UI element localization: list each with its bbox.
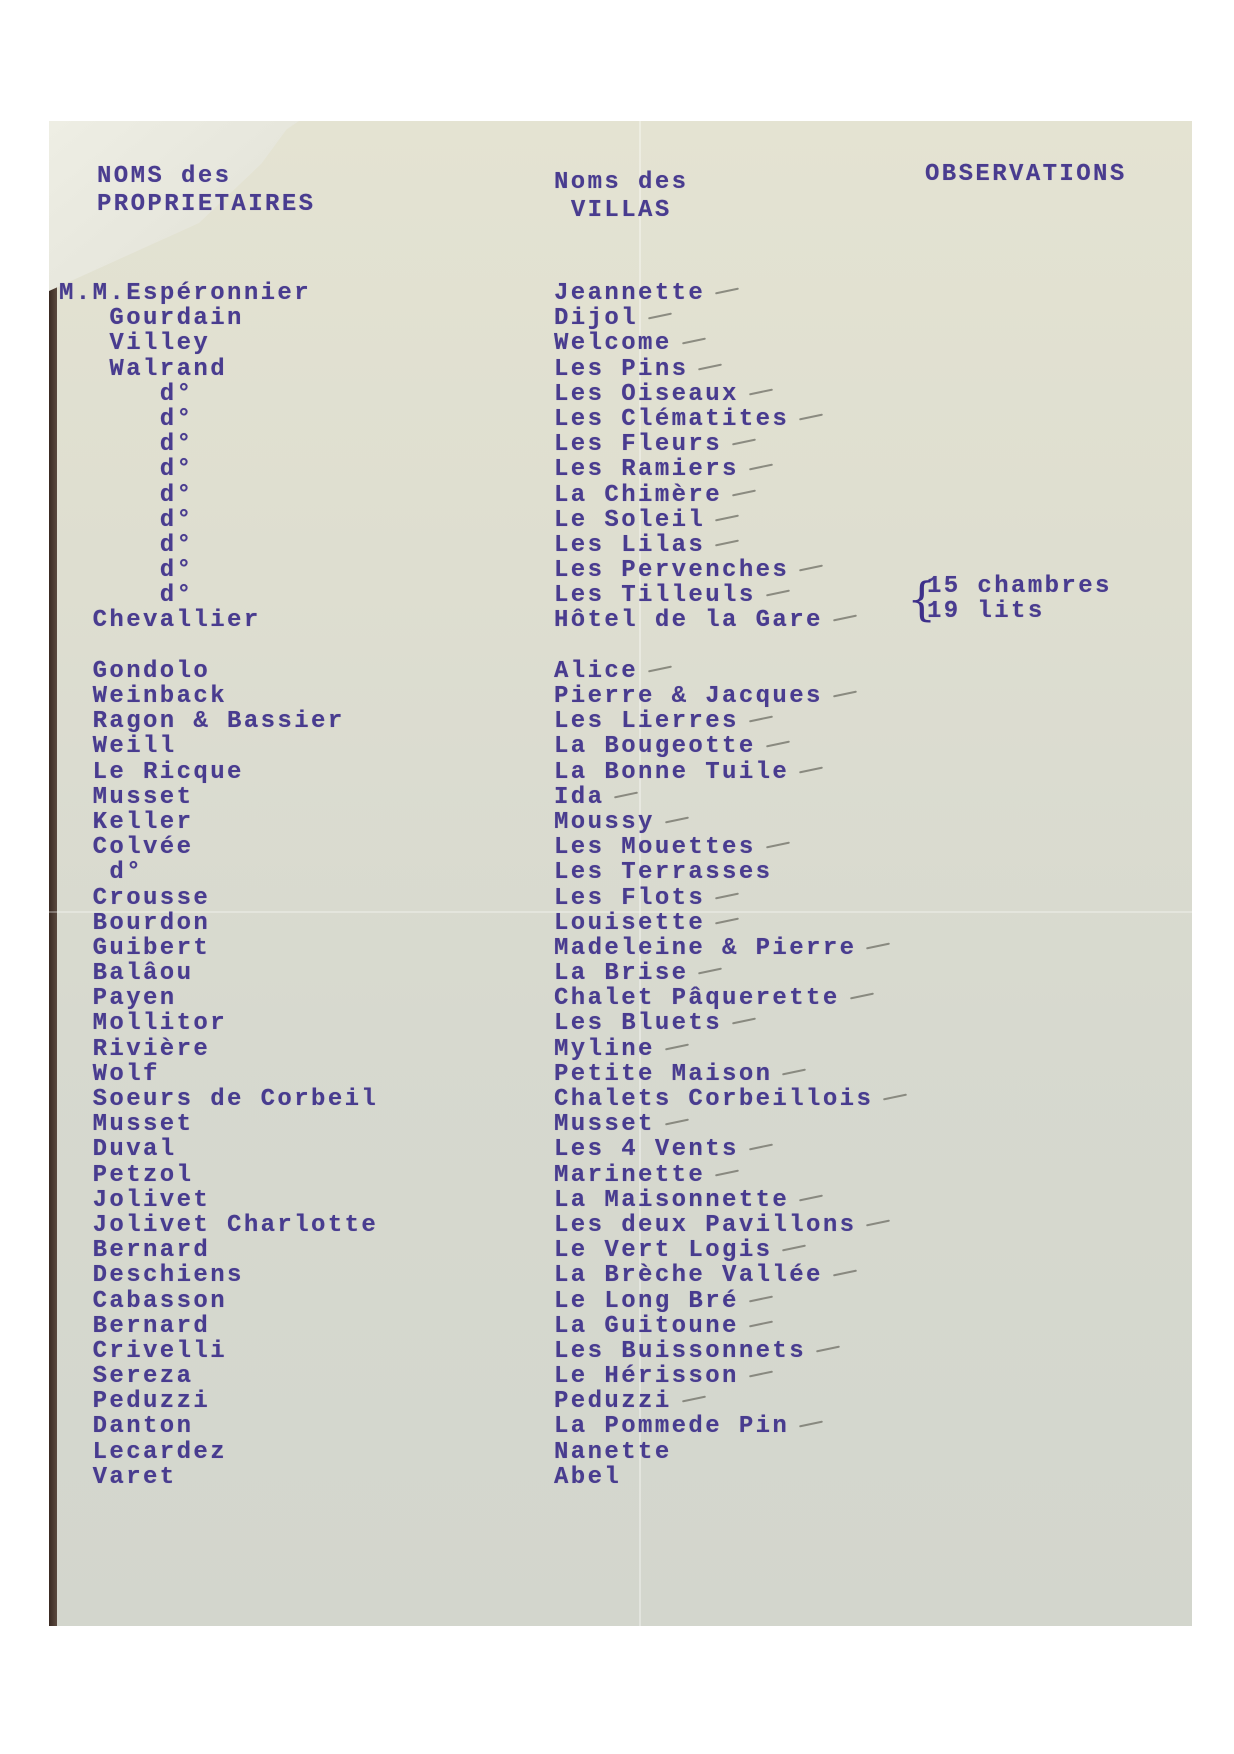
villa-name: Ida: [554, 785, 604, 810]
villa-row: Les Ramiers: [554, 457, 873, 482]
villa-row: Pierre & Jacques: [554, 684, 873, 709]
villa-row: Le Long Bré: [554, 1289, 873, 1314]
villa-name: Les Bluets: [554, 1011, 722, 1036]
owner-name: d°: [59, 483, 378, 508]
villa-name: La Pommede Pin: [554, 1414, 789, 1439]
owner-row: Colvée: [59, 835, 378, 860]
owner-name: d°: [59, 583, 378, 608]
owner-row: [59, 634, 378, 659]
owners-column-header: NOMS des PROPRIETAIRES: [97, 163, 315, 219]
owner-row: Weill: [59, 734, 378, 759]
villa-row: Les Terrasses: [554, 860, 873, 885]
owner-row: d°: [59, 407, 378, 432]
owner-row: d°: [59, 860, 378, 885]
pencil-check-mark-icon: [715, 539, 739, 546]
villa-row: Le Soleil: [554, 508, 873, 533]
villa-row: Les Buissonnets: [554, 1339, 873, 1364]
villa-name: Les Flots: [554, 886, 705, 911]
pencil-check-mark-icon: [766, 842, 790, 849]
villa-row: Chalet Pâquerette: [554, 986, 873, 1011]
villa-name: Les Tilleuls: [554, 583, 756, 608]
owner-row: Danton: [59, 1414, 378, 1439]
owner-row: Petzol: [59, 1163, 378, 1188]
villa-row: Les deux Pavillons: [554, 1213, 873, 1238]
owner-row: d°: [59, 508, 378, 533]
pencil-check-mark-icon: [799, 766, 823, 773]
owner-row: Bernard: [59, 1314, 378, 1339]
owner-row: Gourdain: [59, 306, 378, 331]
owner-row: Gondolo: [59, 659, 378, 684]
villa-name: Dijol: [554, 306, 638, 331]
villa-row: Les Lierres: [554, 709, 873, 734]
owner-name: Balâou: [59, 961, 378, 986]
owner-row: Varet: [59, 1465, 378, 1490]
pencil-check-mark-icon: [732, 439, 756, 446]
owners-header-line2: PROPRIETAIRES: [97, 191, 315, 218]
villa-name: Pierre & Jacques: [554, 684, 823, 709]
villa-name: Les Lierres: [554, 709, 739, 734]
villa-name: Les Oiseaux: [554, 382, 739, 407]
owner-row: Wolf: [59, 1062, 378, 1087]
owner-name: Jolivet Charlotte: [59, 1213, 378, 1238]
villa-name: La Guitoune: [554, 1314, 739, 1339]
owner-row: Crivelli: [59, 1339, 378, 1364]
villa-name: Les Terrasses: [554, 860, 772, 885]
owner-row: Walrand: [59, 357, 378, 382]
owner-name: Payen: [59, 986, 378, 1011]
pencil-check-mark-icon: [715, 514, 739, 521]
pencil-check-mark-icon: [799, 1421, 823, 1428]
pencil-check-mark-icon: [715, 1169, 739, 1176]
villa-name: Moussy: [554, 810, 655, 835]
villa-name: Nanette: [554, 1440, 672, 1465]
owner-name: d°: [59, 533, 378, 558]
owner-row: d°: [59, 457, 378, 482]
owner-row: Payen: [59, 986, 378, 1011]
owner-row: Soeurs de Corbeil: [59, 1087, 378, 1112]
villa-name: Musset: [554, 1112, 655, 1137]
owner-name: M.M.Espéronnier: [59, 281, 378, 306]
villa-row: Myline: [554, 1037, 873, 1062]
villa-row: Alice: [554, 659, 873, 684]
villa-name: Les Fleurs: [554, 432, 722, 457]
owner-name: Cabasson: [59, 1289, 378, 1314]
owner-name: Crivelli: [59, 1339, 378, 1364]
owners-column: M.M.EspéronnierGourdainVilleyWalrandd°d°…: [59, 281, 378, 1490]
villa-row: Les 4 Vents: [554, 1137, 873, 1162]
villa-row: Les Mouettes: [554, 835, 873, 860]
villas-header-line1: Noms des: [554, 169, 688, 196]
owner-name: d°: [59, 407, 378, 432]
pencil-check-mark-icon: [833, 615, 857, 622]
owner-row: Le Ricque: [59, 760, 378, 785]
villa-name: Petite Maison: [554, 1062, 772, 1087]
owner-name: Danton: [59, 1414, 378, 1439]
villa-row: Welcome: [554, 331, 873, 356]
owner-name: d°: [59, 508, 378, 533]
owner-name: Duval: [59, 1137, 378, 1162]
villa-row: Moussy: [554, 810, 873, 835]
pencil-check-mark-icon: [749, 1144, 773, 1151]
owner-name: d°: [59, 558, 378, 583]
villa-row: Les Lilas: [554, 533, 873, 558]
owner-name: Peduzzi: [59, 1389, 378, 1414]
villa-row: La Guitoune: [554, 1314, 873, 1339]
pencil-check-mark-icon: [749, 464, 773, 471]
villa-name: Chalets Corbeillois: [554, 1087, 873, 1112]
villa-name: Le Soleil: [554, 508, 705, 533]
pencil-check-mark-icon: [782, 1068, 806, 1075]
villa-name: Le Hérisson: [554, 1364, 739, 1389]
pencil-check-mark-icon: [614, 791, 638, 798]
owner-row: Sereza: [59, 1364, 378, 1389]
pencil-check-mark-icon: [866, 942, 890, 949]
owner-row: Guibert: [59, 936, 378, 961]
owner-row: Jolivet: [59, 1188, 378, 1213]
owner-name: Petzol: [59, 1163, 378, 1188]
owner-name: Musset: [59, 785, 378, 810]
owner-row: Ragon & Bassier: [59, 709, 378, 734]
owner-name: Le Ricque: [59, 760, 378, 785]
owner-row: Rivière: [59, 1037, 378, 1062]
pencil-check-mark-icon: [782, 1245, 806, 1252]
owner-name: d°: [59, 457, 378, 482]
pencil-check-mark-icon: [648, 313, 672, 320]
villa-name: La Chimère: [554, 483, 722, 508]
owner-row: Bernard: [59, 1238, 378, 1263]
villa-row: Ida: [554, 785, 873, 810]
owner-row: Chevallier: [59, 608, 378, 633]
villa-row: Nanette: [554, 1440, 873, 1465]
owner-row: Keller: [59, 810, 378, 835]
owner-name: d°: [59, 860, 378, 885]
villas-header-line2: VILLAS: [571, 197, 672, 224]
pencil-check-mark-icon: [883, 1094, 907, 1101]
villa-name: La Bonne Tuile: [554, 760, 789, 785]
villa-row: La Brise: [554, 961, 873, 986]
villa-row: Les Pervenches: [554, 558, 873, 583]
villa-name: Les 4 Vents: [554, 1137, 739, 1162]
owner-name: Musset: [59, 1112, 378, 1137]
villas-column: JeannetteDijolWelcomeLes PinsLes Oiseaux…: [554, 281, 873, 1490]
pencil-check-mark-icon: [833, 1270, 857, 1277]
pencil-check-mark-icon: [665, 1119, 689, 1126]
pencil-check-mark-icon: [648, 665, 672, 672]
villa-row: La Brèche Vallée: [554, 1263, 873, 1288]
pencil-check-mark-icon: [715, 917, 739, 924]
owner-name: Bourdon: [59, 911, 378, 936]
owner-name: Walrand: [59, 357, 378, 382]
villas-column-header: Noms des VILLAS: [554, 169, 688, 225]
pencil-check-mark-icon: [682, 338, 706, 345]
owner-row: Musset: [59, 1112, 378, 1137]
villa-name: Le Vert Logis: [554, 1238, 772, 1263]
villa-row: Jeannette: [554, 281, 873, 306]
villa-row: Louisette: [554, 911, 873, 936]
owner-name: Keller: [59, 810, 378, 835]
owner-name: Villey: [59, 331, 378, 356]
owner-row: d°: [59, 483, 378, 508]
villa-name: La Brèche Vallée: [554, 1263, 823, 1288]
villa-row: Les Flots: [554, 886, 873, 911]
owner-row: Balâou: [59, 961, 378, 986]
observations-column-header: OBSERVATIONS: [925, 161, 1127, 189]
villa-name: La Brise: [554, 961, 688, 986]
villa-name: Jeannette: [554, 281, 705, 306]
villa-name: Myline: [554, 1037, 655, 1062]
owner-name: d°: [59, 432, 378, 457]
owner-row: Lecardez: [59, 1440, 378, 1465]
villa-name: Les Lilas: [554, 533, 705, 558]
villa-name: Abel: [554, 1465, 621, 1490]
owner-name: Gondolo: [59, 659, 378, 684]
pencil-check-mark-icon: [766, 590, 790, 597]
owner-row: Weinback: [59, 684, 378, 709]
owner-row: d°: [59, 583, 378, 608]
pencil-check-mark-icon: [732, 1018, 756, 1025]
villa-name: Welcome: [554, 331, 672, 356]
pencil-check-mark-icon: [698, 363, 722, 370]
owner-name: Sereza: [59, 1364, 378, 1389]
villa-row: Le Vert Logis: [554, 1238, 873, 1263]
pencil-check-mark-icon: [665, 1043, 689, 1050]
observation-beds: 19 lits: [927, 599, 1112, 624]
villa-row: La Bougeotte: [554, 734, 873, 759]
owner-name: Crousse: [59, 886, 378, 911]
villa-row: Les Tilleuls: [554, 583, 873, 608]
villa-name: La Bougeotte: [554, 734, 756, 759]
pencil-check-mark-icon: [749, 716, 773, 723]
villa-name: Les Mouettes: [554, 835, 756, 860]
owner-row: Crousse: [59, 886, 378, 911]
villa-name: Peduzzi: [554, 1389, 672, 1414]
villa-row: Peduzzi: [554, 1389, 873, 1414]
owner-row: d°: [59, 432, 378, 457]
owner-name: Weill: [59, 734, 378, 759]
pencil-check-mark-icon: [749, 1371, 773, 1378]
villa-row: Les Bluets: [554, 1011, 873, 1036]
villa-row: Les Pins: [554, 357, 873, 382]
villa-name: Alice: [554, 659, 638, 684]
owner-name: Ragon & Bassier: [59, 709, 378, 734]
villa-row: La Pommede Pin: [554, 1414, 873, 1439]
owner-row: Peduzzi: [59, 1389, 378, 1414]
owner-name: Guibert: [59, 936, 378, 961]
pencil-check-mark-icon: [799, 565, 823, 572]
typed-document-page: NOMS des PROPRIETAIRES Noms des VILLAS O…: [49, 121, 1192, 1626]
villa-row: Les Clématites: [554, 407, 873, 432]
villa-row: Dijol: [554, 306, 873, 331]
pencil-check-mark-icon: [833, 691, 857, 698]
owner-name: Rivière: [59, 1037, 378, 1062]
pencil-check-mark-icon: [665, 816, 689, 823]
owner-row: Mollitor: [59, 1011, 378, 1036]
pencil-check-mark-icon: [749, 388, 773, 395]
villa-row: Le Hérisson: [554, 1364, 873, 1389]
villa-row: Petite Maison: [554, 1062, 873, 1087]
villa-row: Madeleine & Pierre: [554, 936, 873, 961]
owner-name: Bernard: [59, 1314, 378, 1339]
villa-name: Les Pins: [554, 357, 688, 382]
owner-name: Lecardez: [59, 1440, 378, 1465]
villa-row: Musset: [554, 1112, 873, 1137]
pencil-check-mark-icon: [799, 413, 823, 420]
villa-name: Les Pervenches: [554, 558, 789, 583]
villa-name: Louisette: [554, 911, 705, 936]
owner-row: Musset: [59, 785, 378, 810]
villa-name: Chalet Pâquerette: [554, 986, 840, 1011]
owner-row: d°: [59, 558, 378, 583]
owner-name: Weinback: [59, 684, 378, 709]
villa-row: [554, 634, 873, 659]
villa-name: La Maisonnette: [554, 1188, 789, 1213]
owner-name: Chevallier: [59, 608, 378, 633]
pencil-check-mark-icon: [766, 741, 790, 748]
owner-row: Deschiens: [59, 1263, 378, 1288]
owner-name: d°: [59, 382, 378, 407]
pencil-check-mark-icon: [749, 1295, 773, 1302]
villa-name: Les Clématites: [554, 407, 789, 432]
owner-name: Mollitor: [59, 1011, 378, 1036]
pencil-check-mark-icon: [850, 993, 874, 1000]
owner-name: Colvée: [59, 835, 378, 860]
observation-rooms: 15 chambres: [927, 574, 1112, 599]
villa-row: Les Oiseaux: [554, 382, 873, 407]
owner-row: Villey: [59, 331, 378, 356]
villa-row: La Chimère: [554, 483, 873, 508]
owner-row: Cabasson: [59, 1289, 378, 1314]
villa-row: Chalets Corbeillois: [554, 1087, 873, 1112]
pencil-check-mark-icon: [715, 288, 739, 295]
pencil-check-mark-icon: [799, 1194, 823, 1201]
owner-name: Soeurs de Corbeil: [59, 1087, 378, 1112]
villa-name: Hôtel de la Gare: [554, 608, 823, 633]
owner-row: Bourdon: [59, 911, 378, 936]
owner-row: d°: [59, 533, 378, 558]
owner-name: Gourdain: [59, 306, 378, 331]
pencil-check-mark-icon: [816, 1345, 840, 1352]
villa-row: La Maisonnette: [554, 1188, 873, 1213]
villa-row: Marinette: [554, 1163, 873, 1188]
owner-row: d°: [59, 382, 378, 407]
villa-name: Les deux Pavillons: [554, 1213, 856, 1238]
villa-row: Abel: [554, 1465, 873, 1490]
villa-row: Hôtel de la Gare: [554, 608, 873, 633]
villa-name: Les Ramiers: [554, 457, 739, 482]
pencil-check-mark-icon: [866, 1219, 890, 1226]
owner-name: Wolf: [59, 1062, 378, 1087]
villa-name: Les Buissonnets: [554, 1339, 806, 1364]
owner-row: Duval: [59, 1137, 378, 1162]
owner-row: M.M.Espéronnier: [59, 281, 378, 306]
owner-row: Jolivet Charlotte: [59, 1213, 378, 1238]
owner-name: Varet: [59, 1465, 378, 1490]
villa-name: Le Long Bré: [554, 1289, 739, 1314]
villa-row: La Bonne Tuile: [554, 760, 873, 785]
villa-name: Marinette: [554, 1163, 705, 1188]
owners-header-line1: NOMS des: [97, 163, 231, 190]
pencil-check-mark-icon: [715, 892, 739, 899]
villa-name: Madeleine & Pierre: [554, 936, 856, 961]
pencil-check-mark-icon: [749, 1320, 773, 1327]
owner-name: Jolivet: [59, 1188, 378, 1213]
owner-name: Deschiens: [59, 1263, 378, 1288]
owner-name: Bernard: [59, 1238, 378, 1263]
pencil-check-mark-icon: [732, 489, 756, 496]
pencil-check-mark-icon: [698, 968, 722, 975]
pencil-check-mark-icon: [682, 1396, 706, 1403]
villa-row: Les Fleurs: [554, 432, 873, 457]
